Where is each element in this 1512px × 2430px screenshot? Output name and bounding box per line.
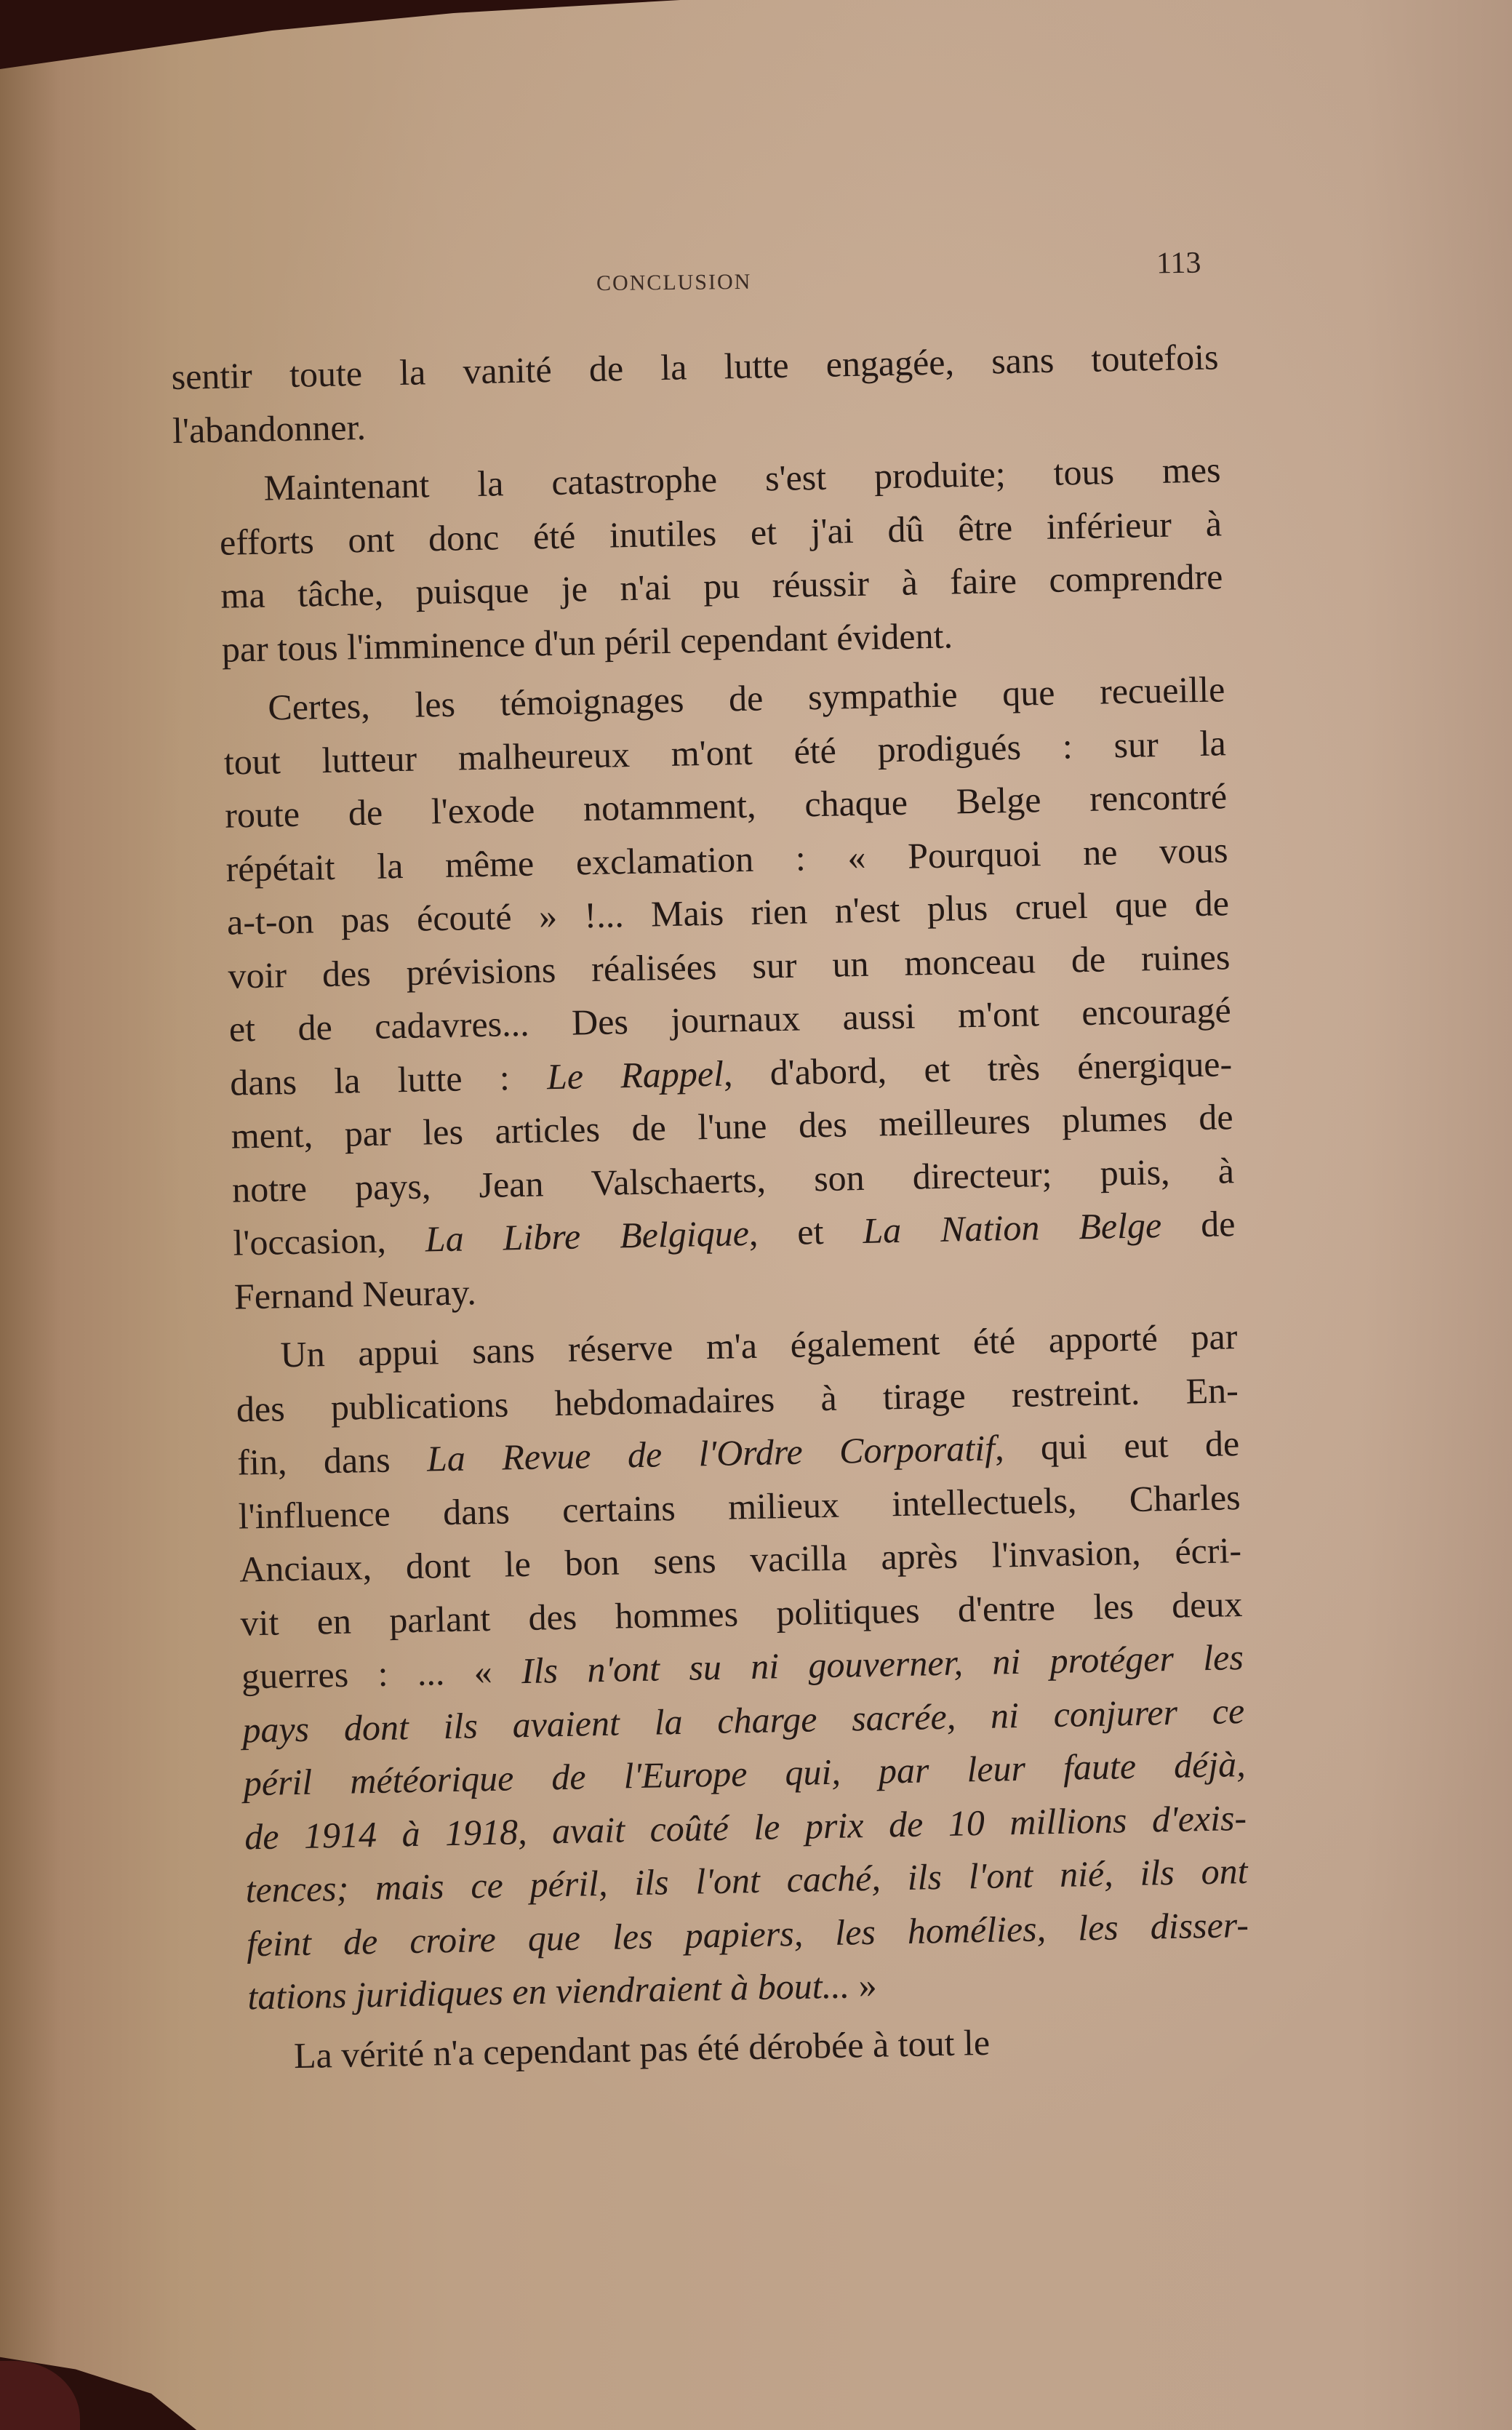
text-span: fin, dans — [237, 1439, 428, 1483]
italic-text: Ils n'ont su ni gouverner, ni protéger l… — [521, 1636, 1244, 1691]
italic-text: La Nation Belge — [863, 1204, 1162, 1251]
text-span: par tous l'imminence d'un péril cependan… — [221, 615, 953, 669]
text-span: , qui eut de — [994, 1423, 1239, 1468]
italic-text: tations juridiques en viendraient à bout… — [247, 1965, 859, 2017]
italic-text: La Revue de l'Ordre Corporatif — [426, 1428, 995, 1479]
text-span: dans la lutte : — [230, 1056, 548, 1103]
body-text: sentir toute la vanité de la lutte engag… — [171, 330, 1252, 2084]
running-head: CONCLUSION — [596, 270, 752, 296]
book-cover-corner — [0, 2361, 80, 2430]
text-span: l'abandonner. — [172, 406, 367, 450]
italic-text: Le Rappel — [546, 1052, 724, 1097]
page-number: 113 — [1156, 245, 1201, 281]
text-span: de — [1161, 1203, 1236, 1245]
text-span: l'occasion, — [233, 1219, 425, 1263]
text-span: La vérité n'a cependant pas été dérobée … — [293, 2021, 990, 2075]
text-span: , et — [748, 1210, 863, 1253]
text-span: Fernand Neuray. — [233, 1271, 476, 1316]
paragraph: Certes, les témoignages de sympathie que… — [177, 663, 1237, 1324]
text-span: , d'abord, et très énergique- — [723, 1043, 1232, 1093]
paragraph: sentir toute la vanité de la lutte engag… — [171, 330, 1220, 457]
paragraph: Maintenant la catastrophe s'est produite… — [173, 443, 1224, 677]
text-span: » — [858, 1965, 877, 2005]
italic-text: La Libre Belgique — [425, 1212, 749, 1260]
text-span: guerres : ... « — [241, 1650, 521, 1696]
paragraph: Un appui sans réserve m'a également été … — [190, 1310, 1250, 2025]
